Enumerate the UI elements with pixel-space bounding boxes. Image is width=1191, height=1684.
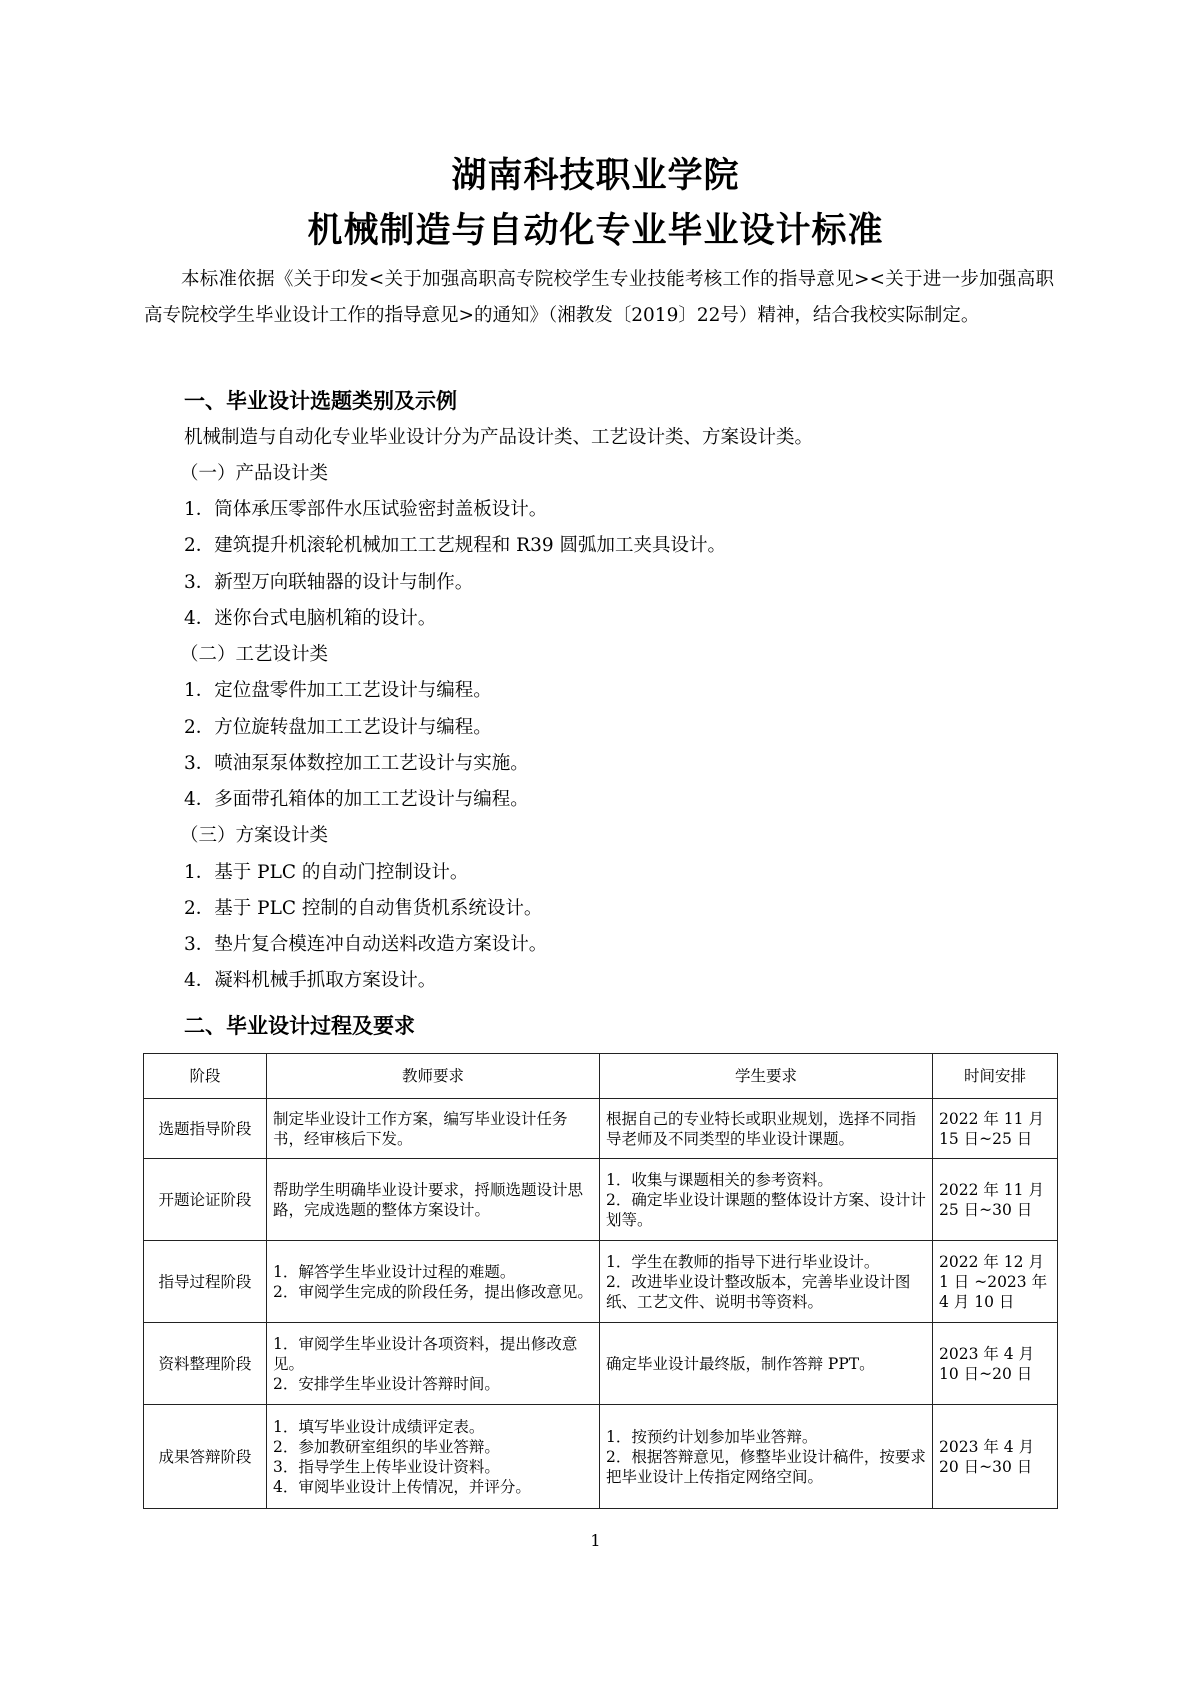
stage-cell: 成果答辩阶段 [144,1405,267,1509]
header-teacher: 教师要求 [267,1054,600,1099]
header-student: 学生要求 [600,1054,933,1099]
table-row: 资料整理阶段 1．审阅学生毕业设计各项资料，提出修改意见。 2．安排学生毕业设计… [144,1323,1058,1405]
student-cell: 根据自己的专业特长或职业规划，选择不同指导老师及不同类型的毕业设计课题。 [600,1099,933,1159]
teacher-cell: 制定毕业设计工作方案，编写毕业设计任务书，经审核后下发。 [267,1099,600,1159]
list-item: 3．喷油泵泵体数控加工工艺设计与实施。 [184,752,529,776]
stage-cell: 资料整理阶段 [144,1323,267,1405]
section-heading-topics: 一、毕业设计选题类别及示例 [184,385,457,415]
header-time: 时间安排 [933,1054,1058,1099]
teacher-cell: 1．审阅学生毕业设计各项资料，提出修改意见。 2．安排学生毕业设计答辩时间。 [267,1323,600,1405]
teacher-cell: 1．解答学生毕业设计过程的难题。 2．审阅学生完成的阶段任务，提出修改意见。 [267,1241,600,1323]
student-cell: 1．学生在教师的指导下进行毕业设计。 2．改进毕业设计整改版本，完善毕业设计图纸… [600,1241,933,1323]
time-cell: 2022 年 11 月 15 日~25 日 [933,1099,1058,1159]
section-summary: 机械制造与自动化专业毕业设计分为产品设计类、工艺设计类、方案设计类。 [184,426,813,450]
list-item: 3．垫片复合模连冲自动送料改造方案设计。 [184,933,547,957]
teacher-cell: 1．填写毕业设计成绩评定表。 2．参加教研室组织的毕业答辩。 3．指导学生上传毕… [267,1405,600,1509]
time-cell: 2022 年 12 月 1 日 ~2023 年 4 月 10 日 [933,1241,1058,1323]
document-title-school: 湖南科技职业学院 [0,148,1191,198]
list-item: 2．方位旋转盘加工工艺设计与编程。 [184,716,492,740]
list-item: 2．建筑提升机滚轮机械加工工艺规程和 R39 圆弧加工夹具设计。 [184,534,726,558]
document-title-standard: 机械制造与自动化专业毕业设计标准 [0,203,1191,253]
category-label-process: （二）工艺设计类 [180,643,328,667]
student-cell: 1．按预约计划参加毕业答辩。 2．根据答辩意见，修整毕业设计稿件，按要求把毕业设… [600,1405,933,1509]
intro-paragraph: 本标准依据《关于印发<关于加强高职高专院校学生专业技能考核工作的指导意见><关于… [144,262,1054,334]
table-row: 成果答辩阶段 1．填写毕业设计成绩评定表。 2．参加教研室组织的毕业答辩。 3．… [144,1405,1058,1509]
time-cell: 2023 年 4 月 20 日~30 日 [933,1405,1058,1509]
list-item: 2．基于 PLC 控制的自动售货机系统设计。 [184,897,542,921]
list-item: 1．筒体承压零部件水压试验密封盖板设计。 [184,498,547,522]
student-cell: 确定毕业设计最终版，制作答辩 PPT。 [600,1323,933,1405]
list-item: 4．凝料机械手抓取方案设计。 [184,969,436,993]
document-page: 湖南科技职业学院 机械制造与自动化专业毕业设计标准 本标准依据《关于印发<关于加… [0,0,1191,1684]
stage-cell: 指导过程阶段 [144,1241,267,1323]
list-item: 3．新型万向联轴器的设计与制作。 [184,571,473,595]
page-number: 1 [0,1531,1191,1550]
list-item: 4．多面带孔箱体的加工工艺设计与编程。 [184,788,529,812]
table-header-row: 阶段 教师要求 学生要求 时间安排 [144,1054,1058,1099]
table-row: 指导过程阶段 1．解答学生毕业设计过程的难题。 2．审阅学生完成的阶段任务，提出… [144,1241,1058,1323]
list-item: 1．定位盘零件加工工艺设计与编程。 [184,679,492,703]
student-cell: 1．收集与课题相关的参考资料。 2．确定毕业设计课题的整体设计方案、设计计划等。 [600,1159,933,1241]
stage-cell: 选题指导阶段 [144,1099,267,1159]
section-heading-process: 二、毕业设计过程及要求 [184,1010,415,1040]
process-table: 阶段 教师要求 学生要求 时间安排 选题指导阶段 制定毕业设计工作方案，编写毕业… [143,1053,1058,1509]
stage-cell: 开题论证阶段 [144,1159,267,1241]
teacher-cell: 帮助学生明确毕业设计要求，捋顺选题设计思路，完成选题的整体方案设计。 [267,1159,600,1241]
list-item: 4．迷你台式电脑机箱的设计。 [184,607,436,631]
time-cell: 2022 年 11 月 25 日~30 日 [933,1159,1058,1241]
category-label-scheme: （三）方案设计类 [180,824,328,848]
table-row: 开题论证阶段 帮助学生明确毕业设计要求，捋顺选题设计思路，完成选题的整体方案设计… [144,1159,1058,1241]
category-label-product: （一）产品设计类 [180,462,328,486]
header-stage: 阶段 [144,1054,267,1099]
list-item: 1．基于 PLC 的自动门控制设计。 [184,861,468,885]
table-row: 选题指导阶段 制定毕业设计工作方案，编写毕业设计任务书，经审核后下发。 根据自己… [144,1099,1058,1159]
time-cell: 2023 年 4 月 10 日~20 日 [933,1323,1058,1405]
